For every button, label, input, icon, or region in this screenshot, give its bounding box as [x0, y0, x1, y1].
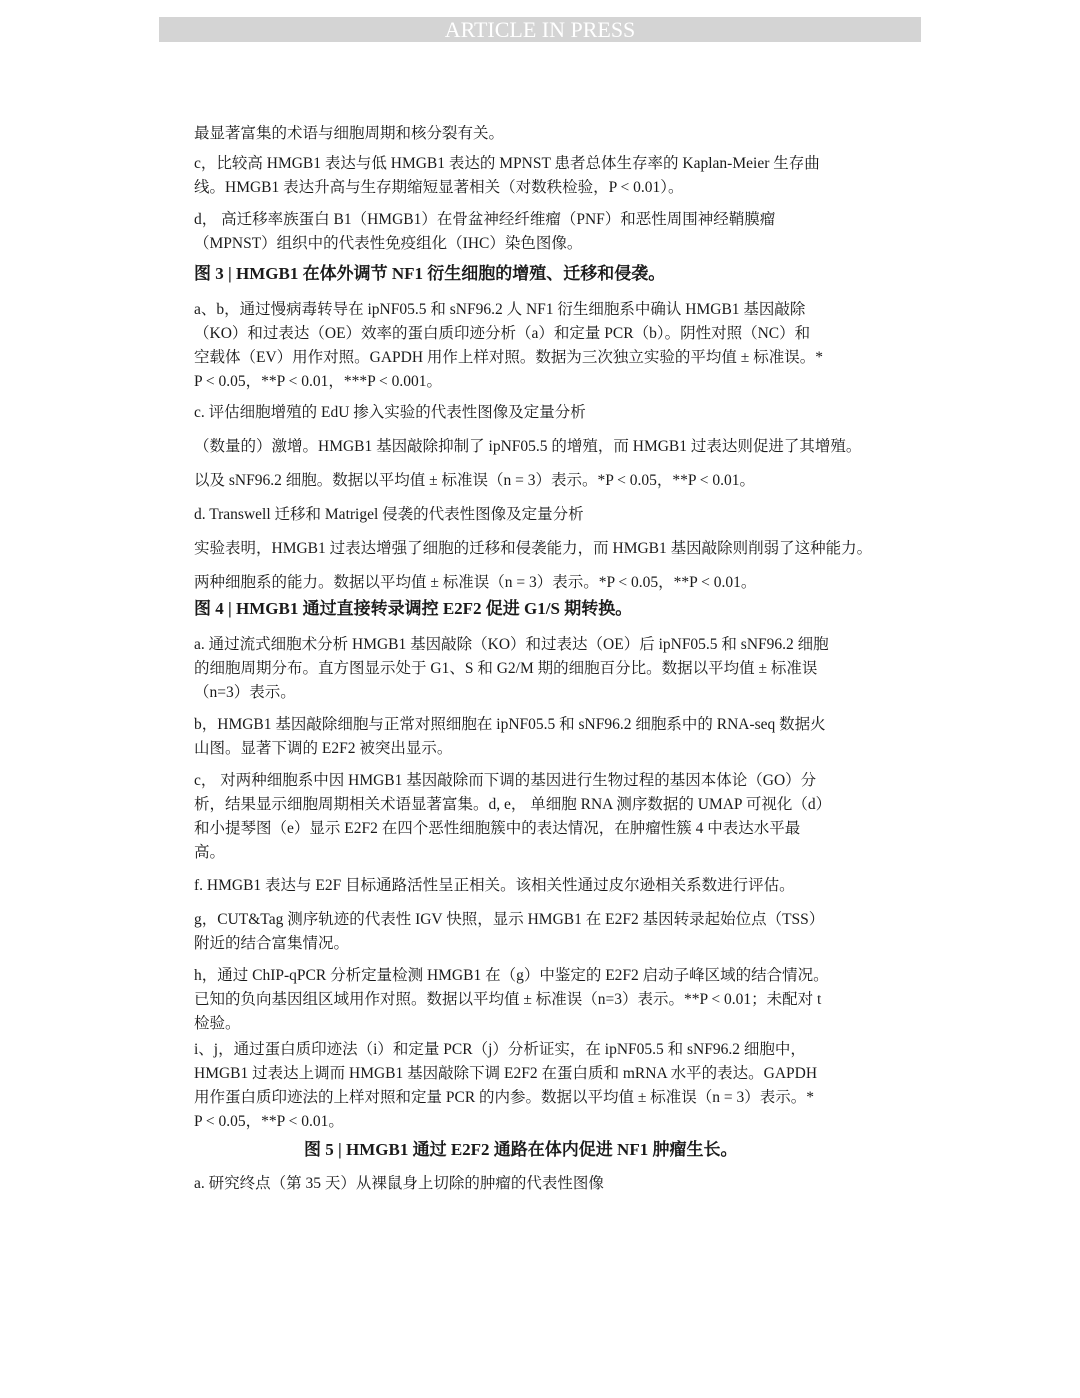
- text-line: c， 对两种细胞系中因 HMGB1 基因敲除而下调的基因进行生物过程的基因本体论…: [194, 769, 934, 793]
- paragraph: a. 研究终点（第 35 天）从裸鼠身上切除的肿瘤的代表性图像: [194, 1172, 934, 1196]
- text-line: a. 研究终点（第 35 天）从裸鼠身上切除的肿瘤的代表性图像: [194, 1172, 934, 1196]
- text-line: 检验。: [194, 1012, 934, 1036]
- text-line: 析，结果显示细胞周期相关术语显著富集。d, e， 单细胞 RNA 测序数据的 U…: [194, 793, 934, 817]
- text-line: P < 0.05，**P < 0.01。: [194, 1110, 934, 1134]
- paragraph: a. 通过流式细胞术分析 HMGB1 基因敲除（KO）和过表达（OE）后 ipN…: [194, 633, 934, 705]
- text-line: f. HMGB1 表达与 E2F 目标通路活性呈正相关。该相关性通过皮尔逊相关系…: [194, 874, 934, 898]
- paragraph: 最显著富集的术语与细胞周期和核分裂有关。: [194, 122, 934, 146]
- text-line: 实验表明，HMGB1 过表达增强了细胞的迁移和侵袭能力，而 HMGB1 基因敲除…: [194, 537, 934, 561]
- figure-5-title: 图 5 | HMGB1 通过 E2F2 通路在体内促进 NF1 肿瘤生长。: [194, 1138, 934, 1162]
- document-body: 最显著富集的术语与细胞周期和核分裂有关。 c，比较高 HMGB1 表达与低 HM…: [194, 122, 934, 1196]
- text-line: g，CUT&Tag 测序轨迹的代表性 IGV 快照，显示 HMGB1 在 E2F…: [194, 908, 934, 932]
- text-line: （MPNST）组织中的代表性免疫组化（IHC）染色图像。: [194, 232, 934, 256]
- article-in-press-banner: ARTICLE IN PRESS: [159, 17, 921, 42]
- text-line: 的细胞周期分布。直方图显示处于 G1、S 和 G2/M 期的细胞百分比。数据以平…: [194, 657, 934, 681]
- paragraph: i、j，通过蛋白质印迹法（i）和定量 PCR（j）分析证实，在 ipNF05.5…: [194, 1038, 934, 1134]
- text-line: 空载体（EV）用作对照。GAPDH 用作上样对照。数据为三次独立实验的平均值 ±…: [194, 346, 934, 370]
- text-line: 用作蛋白质印迹法的上样对照和定量 PCR 的内参。数据以平均值 ± 标准误（n …: [194, 1086, 934, 1110]
- text-line: （数量的）激增。HMGB1 基因敲除抑制了 ipNF05.5 的增殖，而 HMG…: [194, 435, 934, 459]
- text-line: P < 0.05，**P < 0.01，***P < 0.001。: [194, 370, 934, 394]
- paragraph: b，HMGB1 基因敲除细胞与正常对照细胞在 ipNF05.5 和 sNF96.…: [194, 713, 934, 761]
- paragraph: c， 对两种细胞系中因 HMGB1 基因敲除而下调的基因进行生物过程的基因本体论…: [194, 769, 934, 865]
- figure-4-title: 图 4 | HMGB1 通过直接转录调控 E2F2 促进 G1/S 期转换。: [194, 597, 934, 621]
- paragraph: （数量的）激增。HMGB1 基因敲除抑制了 ipNF05.5 的增殖，而 HMG…: [194, 435, 934, 459]
- paragraph: d. Transwell 迁移和 Matrigel 侵袭的代表性图像及定量分析: [194, 503, 934, 527]
- text-line: a、b，通过慢病毒转导在 ipNF05.5 和 sNF96.2 人 NF1 衍生…: [194, 298, 934, 322]
- text-line: h，通过 ChIP-qPCR 分析定量检测 HMGB1 在（g）中鉴定的 E2F…: [194, 964, 934, 988]
- paragraph: g，CUT&Tag 测序轨迹的代表性 IGV 快照，显示 HMGB1 在 E2F…: [194, 908, 934, 956]
- text-line: 和小提琴图（e）显示 E2F2 在四个恶性细胞簇中的表达情况，在肿瘤性簇 4 中…: [194, 817, 934, 841]
- paragraph: a、b，通过慢病毒转导在 ipNF05.5 和 sNF96.2 人 NF1 衍生…: [194, 298, 934, 394]
- text-line: 已知的负向基因组区域用作对照。数据以平均值 ± 标准误（n=3）表示。**P <…: [194, 988, 934, 1012]
- text-line: d. Transwell 迁移和 Matrigel 侵袭的代表性图像及定量分析: [194, 503, 934, 527]
- text-line: 两种细胞系的能力。数据以平均值 ± 标准误（n = 3）表示。*P < 0.05…: [194, 571, 934, 595]
- text-line: 高。: [194, 841, 934, 865]
- paragraph: c. 评估细胞增殖的 EdU 掺入实验的代表性图像及定量分析: [194, 401, 934, 425]
- paragraph: c，比较高 HMGB1 表达与低 HMGB1 表达的 MPNST 患者总体生存率…: [194, 152, 934, 200]
- figure-3-title: 图 3 | HMGB1 在体外调节 NF1 衍生细胞的增殖、迁移和侵袭。: [194, 262, 934, 286]
- text-line: c. 评估细胞增殖的 EdU 掺入实验的代表性图像及定量分析: [194, 401, 934, 425]
- text-line: HMGB1 过表达上调而 HMGB1 基因敲除下调 E2F2 在蛋白质和 mRN…: [194, 1062, 934, 1086]
- text-line: 线。HMGB1 表达升高与生存期缩短显著相关（对数秩检验，P < 0.01）。: [194, 176, 934, 200]
- paragraph: 两种细胞系的能力。数据以平均值 ± 标准误（n = 3）表示。*P < 0.05…: [194, 571, 934, 595]
- paragraph: 以及 sNF96.2 细胞。数据以平均值 ± 标准误（n = 3）表示。*P <…: [194, 469, 934, 493]
- paragraph: 实验表明，HMGB1 过表达增强了细胞的迁移和侵袭能力，而 HMGB1 基因敲除…: [194, 537, 934, 561]
- text-line: b，HMGB1 基因敲除细胞与正常对照细胞在 ipNF05.5 和 sNF96.…: [194, 713, 934, 737]
- text-line: a. 通过流式细胞术分析 HMGB1 基因敲除（KO）和过表达（OE）后 ipN…: [194, 633, 934, 657]
- text-line: 以及 sNF96.2 细胞。数据以平均值 ± 标准误（n = 3）表示。*P <…: [194, 469, 934, 493]
- text-line: 最显著富集的术语与细胞周期和核分裂有关。: [194, 122, 934, 146]
- text-line: （KO）和过表达（OE）效率的蛋白质印迹分析（a）和定量 PCR（b）。阴性对照…: [194, 322, 934, 346]
- text-line: （n=3）表示。: [194, 681, 934, 705]
- paragraph: f. HMGB1 表达与 E2F 目标通路活性呈正相关。该相关性通过皮尔逊相关系…: [194, 874, 934, 898]
- text-line: d， 高迁移率族蛋白 B1（HMGB1）在骨盆神经纤维瘤（PNF）和恶性周围神经…: [194, 208, 934, 232]
- text-line: 山图。显著下调的 E2F2 被突出显示。: [194, 737, 934, 761]
- text-line: 附近的结合富集情况。: [194, 932, 934, 956]
- text-line: c，比较高 HMGB1 表达与低 HMGB1 表达的 MPNST 患者总体生存率…: [194, 152, 934, 176]
- paragraph: d， 高迁移率族蛋白 B1（HMGB1）在骨盆神经纤维瘤（PNF）和恶性周围神经…: [194, 208, 934, 256]
- paragraph: h，通过 ChIP-qPCR 分析定量检测 HMGB1 在（g）中鉴定的 E2F…: [194, 964, 934, 1036]
- text-line: i、j，通过蛋白质印迹法（i）和定量 PCR（j）分析证实，在 ipNF05.5…: [194, 1038, 934, 1062]
